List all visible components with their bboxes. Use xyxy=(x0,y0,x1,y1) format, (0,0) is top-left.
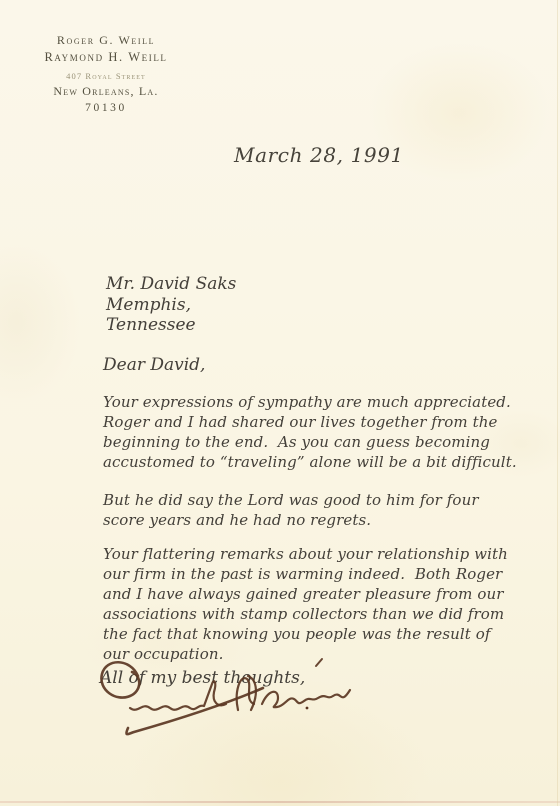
paragraph-collectors: Your flattering remarks about your relat… xyxy=(103,544,521,664)
salutation: Dear David, xyxy=(103,355,205,375)
recipient-city: Memphis, xyxy=(106,295,236,316)
letterhead-street: 407 Royal Street xyxy=(36,71,176,81)
letterhead-zip: 70130 xyxy=(36,102,176,114)
letterhead: Roger G. Weill Raymond H. Weill 407 Roya… xyxy=(36,33,176,114)
recipient-state: Tennessee xyxy=(106,315,236,336)
recipient-address-block: Mr. David Saks Memphis, Tennessee xyxy=(106,274,236,336)
paragraph-four-score: But he did say the Lord was good to him … xyxy=(103,490,521,530)
recipient-name: Mr. David Saks xyxy=(106,274,236,295)
letter-body: Your expressions of sympathy are much ap… xyxy=(103,392,521,664)
scan-edge-shadow-bottom xyxy=(0,801,560,803)
scanned-letter-page: Roger G. Weill Raymond H. Weill 407 Roya… xyxy=(0,0,560,806)
scan-edge-shadow-right xyxy=(557,0,558,806)
closing-line: All of my best thoughts, xyxy=(100,668,305,688)
letter-date: March 28, 1991 xyxy=(234,143,404,167)
letterhead-name-raymond: Raymond H. Weill xyxy=(36,50,176,65)
letterhead-name-roger: Roger G. Weill xyxy=(36,33,176,48)
paragraph-sympathy: Your expressions of sympathy are much ap… xyxy=(103,392,521,472)
letterhead-city-state: New Orleans, La. xyxy=(36,84,176,99)
